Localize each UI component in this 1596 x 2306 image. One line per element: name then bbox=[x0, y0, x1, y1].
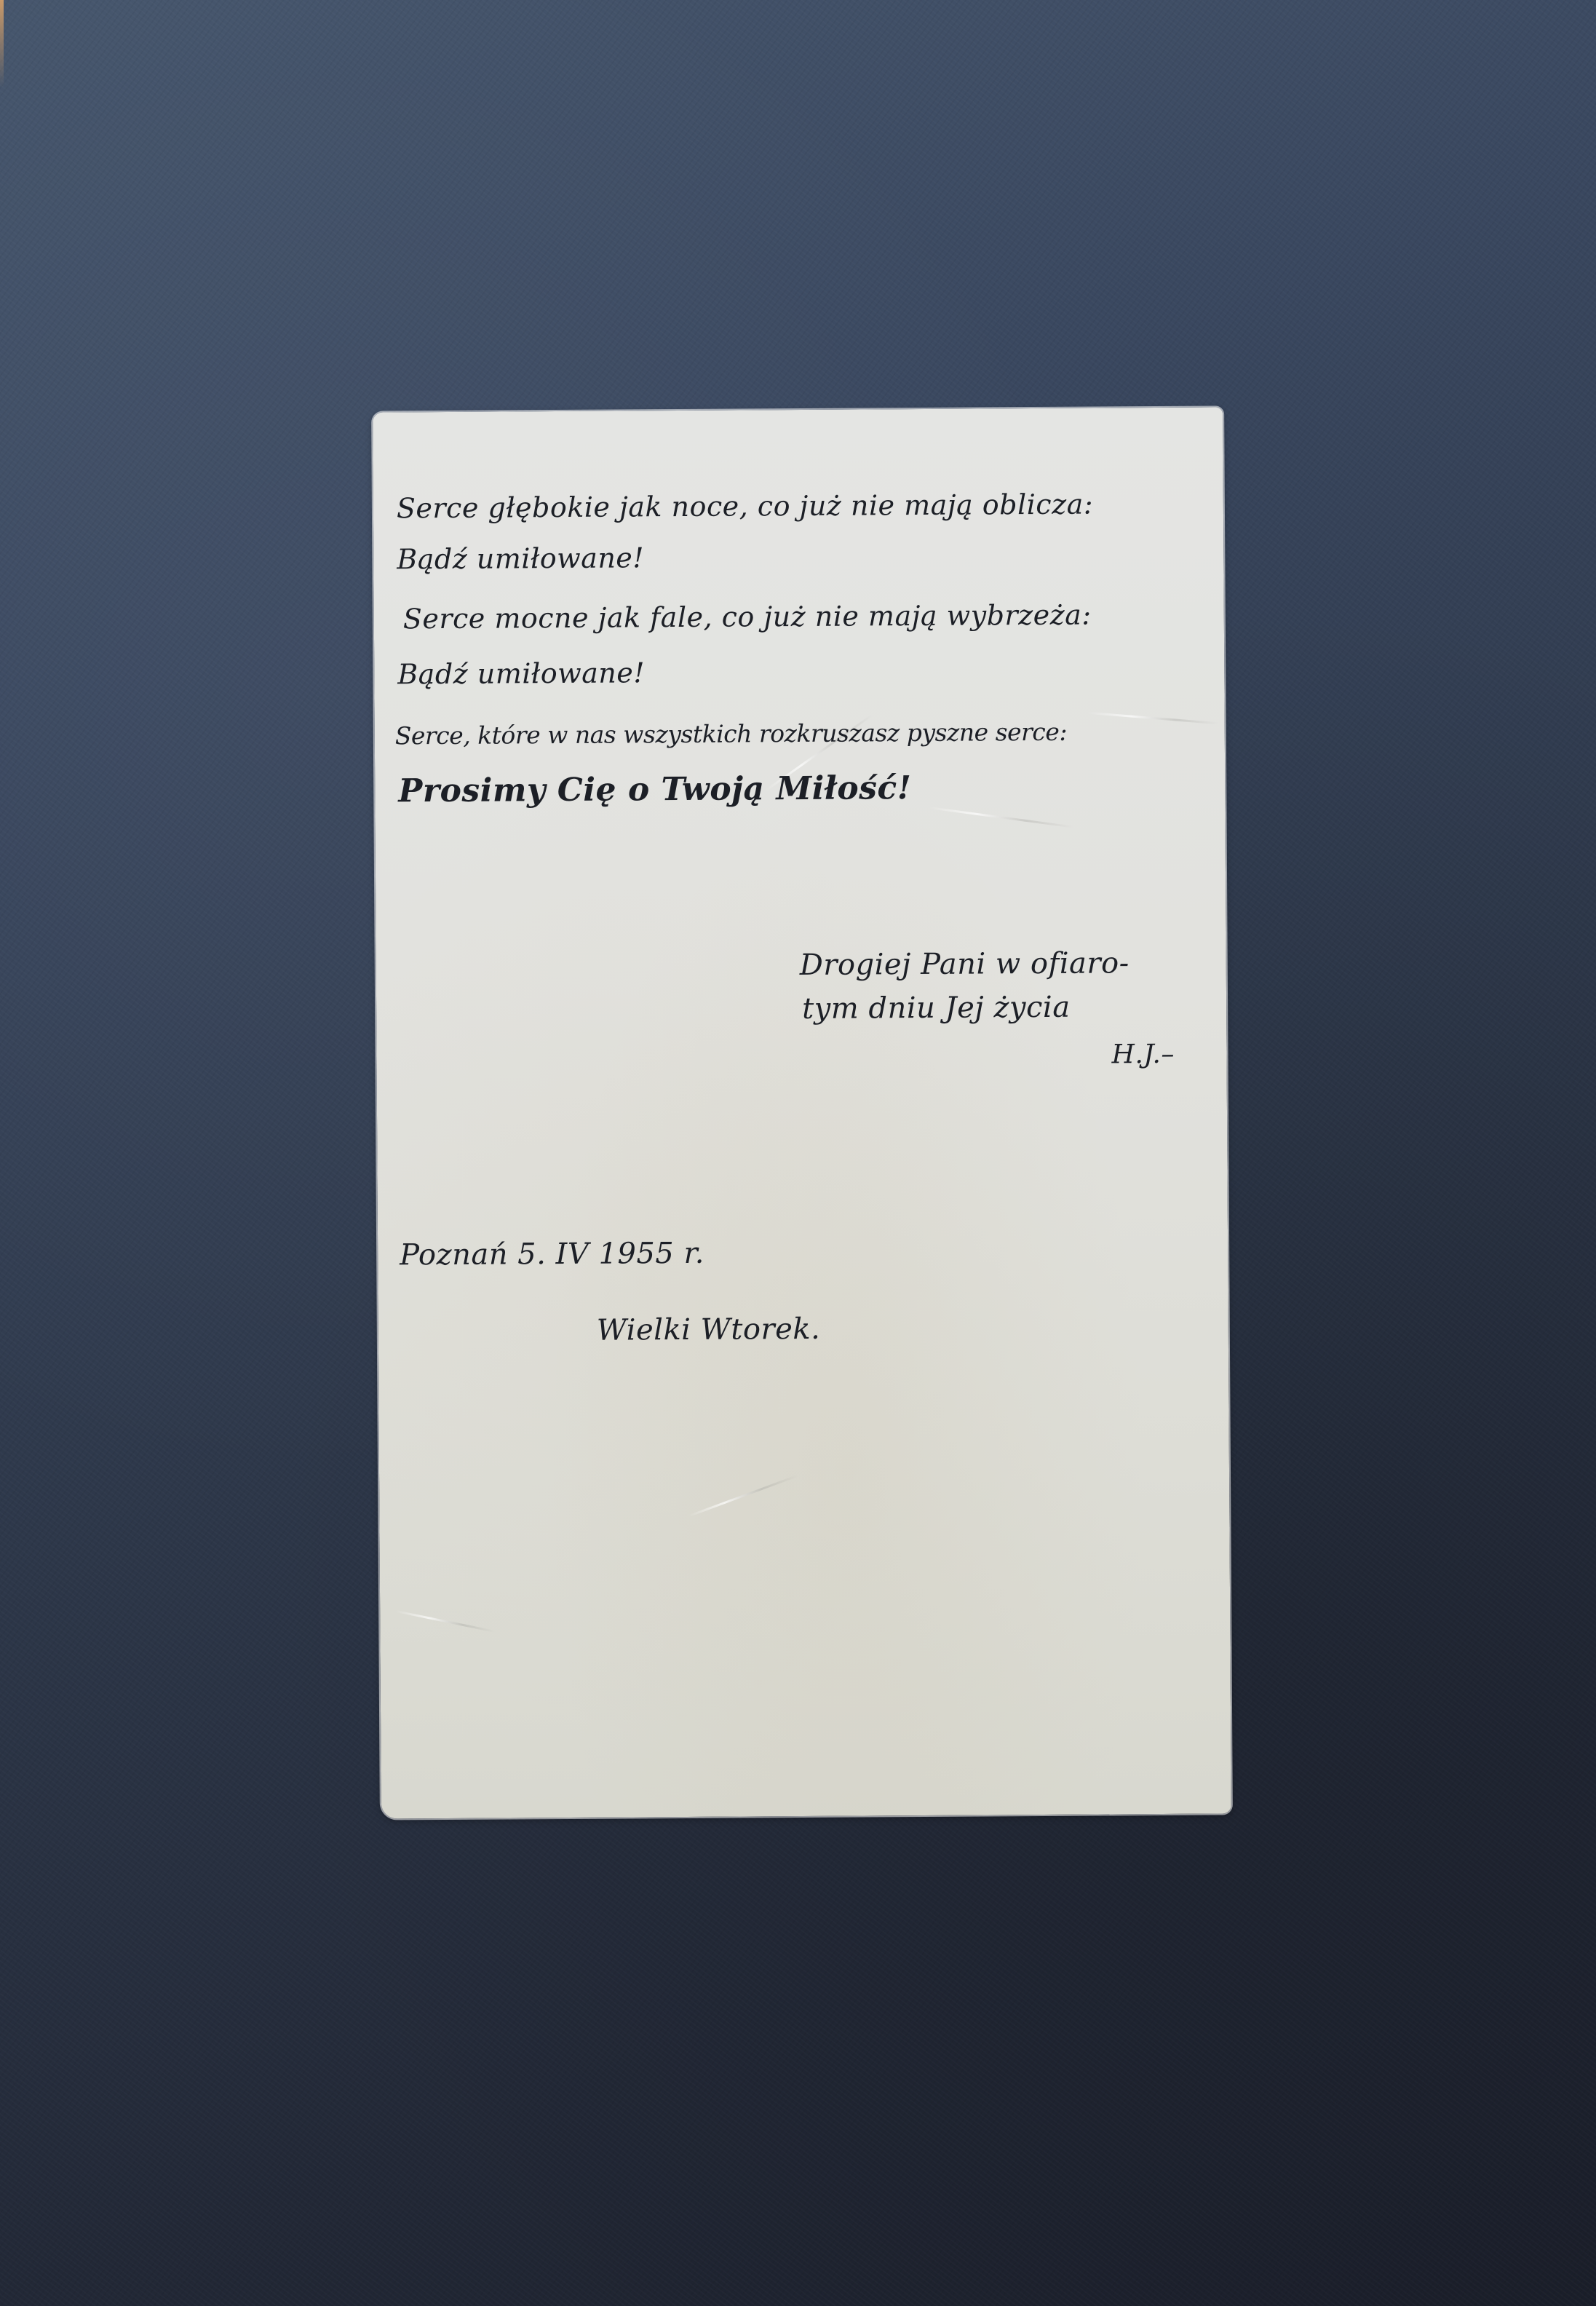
dedication-line-1: Drogiej Pani w ofiaro- bbox=[800, 946, 1129, 982]
dedication-line-2: tym dniu Jej życia bbox=[802, 991, 1071, 1026]
paper-crease bbox=[1088, 712, 1219, 725]
poem-line-6: Prosimy Cię o Twoją Miłość! bbox=[398, 769, 912, 809]
paper-crease bbox=[929, 807, 1073, 828]
place-and-date: Poznań 5. IV 1955 r. bbox=[400, 1237, 704, 1272]
signature-initials: H.J.– bbox=[1111, 1039, 1175, 1070]
frame-edge bbox=[0, 0, 4, 87]
poem-line-3: Serce mocne jak fale, co już nie mają wy… bbox=[403, 599, 1092, 635]
paper-crease bbox=[688, 1475, 798, 1517]
poem-line-5: Serce, które w nas wszystkich rozkruszas… bbox=[395, 718, 1067, 750]
poem-line-1: Serce głębokie jak noce, co już nie mają… bbox=[397, 488, 1093, 525]
handwritten-card: Serce głębokie jak noce, co już nie mają… bbox=[373, 407, 1231, 1818]
poem-line-2: Bądź umiłowane! bbox=[397, 542, 644, 575]
day-name: Wielki Wtorek. bbox=[597, 1312, 821, 1347]
paper-crease bbox=[395, 1610, 496, 1633]
poem-line-4: Bądź umiłowane! bbox=[397, 657, 645, 690]
